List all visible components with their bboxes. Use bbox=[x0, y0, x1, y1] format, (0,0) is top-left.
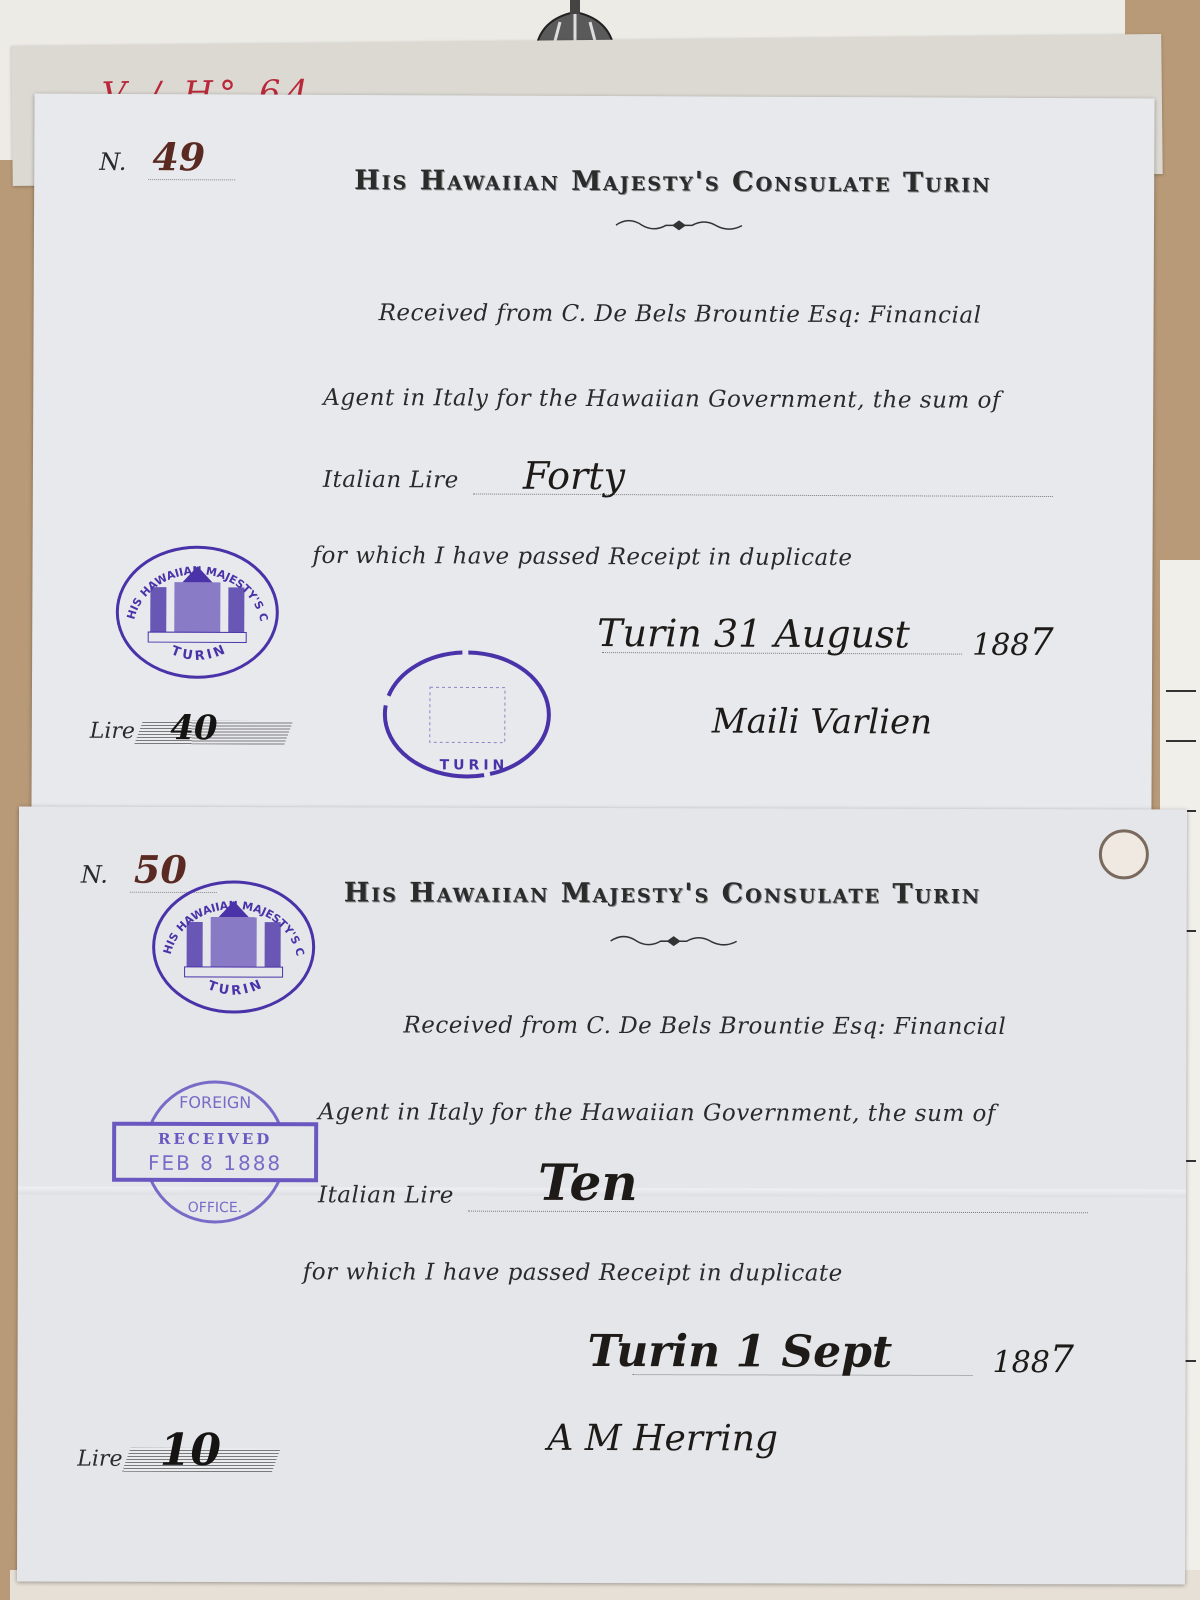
receipt-duplicate-line: for which I have passed Receipt in dupli… bbox=[313, 543, 853, 571]
consulate-seal-stamp: HIS HAWAIIAN MAJESTY'S CONSULATE TURIN bbox=[148, 877, 318, 1017]
amount-in-words: Ten bbox=[538, 1153, 638, 1212]
place-date: Turin 31 August bbox=[597, 611, 910, 656]
receipt-duplicate-line: for which I have passed Receipt in dupli… bbox=[303, 1259, 843, 1286]
svg-text:OFFICE.: OFFICE. bbox=[188, 1200, 242, 1216]
svg-text:TURIN: TURIN bbox=[440, 757, 509, 773]
italian-lire-label: Italian Lire bbox=[323, 467, 459, 494]
lire-amount-box: Lire 40 bbox=[90, 719, 289, 745]
foreign-office-received-stamp: FOREIGN RECEIVED FEB 8 1888 OFFICE. bbox=[110, 1072, 320, 1233]
consulate-title: His Hawaiian Majesty's Consulate Turin bbox=[354, 165, 992, 199]
faint-consulate-seal-stamp: TURIN bbox=[380, 647, 556, 783]
lire-amount-value: 40 bbox=[170, 708, 218, 748]
svg-text:FOREIGN: FOREIGN bbox=[179, 1093, 251, 1112]
svg-text:RECEIVED: RECEIVED bbox=[158, 1130, 272, 1148]
lire-amount-box: Lire 10 bbox=[77, 1447, 276, 1473]
wax-seal-mark bbox=[1099, 829, 1149, 879]
lire-amount-value: 10 bbox=[160, 1425, 221, 1476]
year: 1887 bbox=[993, 1337, 1075, 1381]
receipt-number-value: 49 bbox=[148, 134, 235, 180]
receipt-number: N. 49 bbox=[99, 134, 235, 181]
flourish-ornament-icon bbox=[614, 214, 744, 237]
year: 1887 bbox=[972, 620, 1054, 664]
place-date: Turin 1 Sept bbox=[588, 1326, 893, 1378]
agent-line: Agent in Italy for the Hawaiian Governme… bbox=[323, 385, 1001, 414]
svg-text:FEB 8 1888: FEB 8 1888 bbox=[148, 1151, 282, 1175]
italian-lire-label: Italian Lire bbox=[318, 1182, 454, 1208]
consulate-seal-stamp: HIS HAWAIIAN MAJESTY'S CONSULATE TURIN bbox=[112, 542, 283, 683]
received-from-line: Received from C. De Bels Brountie Esq: F… bbox=[403, 1012, 1006, 1040]
flourish-ornament-icon bbox=[609, 930, 739, 952]
received-from-line: Received from C. De Bels Brountie Esq: F… bbox=[379, 300, 982, 329]
amount-in-words: Forty bbox=[523, 454, 625, 498]
consulate-title: His Hawaiian Majesty's Consulate Turin bbox=[344, 877, 981, 910]
agent-line: Agent in Italy for the Hawaiian Governme… bbox=[318, 1099, 996, 1127]
svg-text:TURIN: TURIN bbox=[169, 641, 230, 664]
svg-text:TURIN: TURIN bbox=[205, 976, 266, 999]
receipt-49: N. 49 His Hawaiian Majesty's Consulate T… bbox=[31, 94, 1154, 819]
receipt-50: N. 50 His Hawaiian Majesty's Consulate T… bbox=[17, 806, 1187, 1584]
signature: A M Herring bbox=[547, 1418, 778, 1460]
signature: Maili Varlien bbox=[712, 702, 932, 743]
